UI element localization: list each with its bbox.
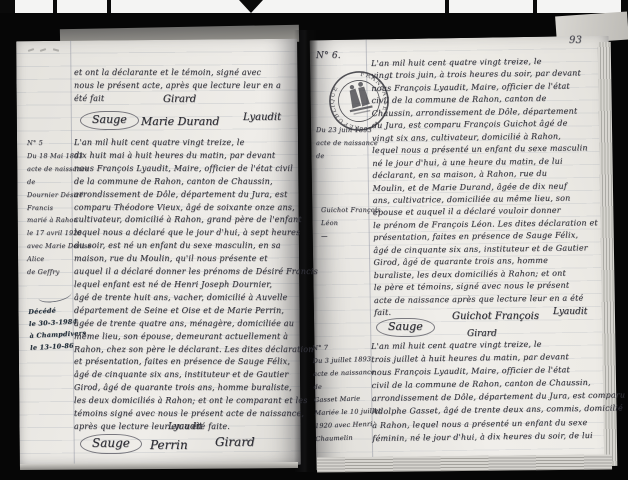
margin-note-act6-name: Guichot FrançoisLéon— (321, 204, 373, 243)
signature-lyaudit: Lyaudit (243, 112, 281, 123)
handwritten-line: Du 18 Mai 1893 (27, 150, 73, 163)
film-edge-tick (533, 0, 537, 13)
signature-perrin: Perrin (150, 438, 188, 452)
handwritten-line: Dournier Désiré (27, 189, 73, 202)
signature-guichot-francois: Guichot François (452, 311, 539, 322)
handwritten-line: avec Marie Denise (27, 240, 73, 253)
register-scan: et ont la déclarante et le témoin, signé… (0, 0, 628, 480)
handwritten-line: lequel nous a déclaré que le jour d'hui,… (74, 227, 300, 240)
page-stack-bottom (317, 454, 612, 472)
signature-sauge: Sauge (80, 111, 139, 130)
handwritten-line: nous le présent acte, après que lecture … (74, 80, 298, 93)
handwritten-line: de la commune de Rahon, canton de Chauss… (74, 176, 300, 189)
handwritten-line: acte de naissance (27, 163, 73, 176)
act5-body: L'an mil huit cent quatre vingt treize, … (74, 137, 300, 434)
handwritten-line: L'an mil huit cent quatre vingt treize, … (74, 137, 300, 150)
handwritten-line: de (27, 176, 73, 189)
handwritten-line: marié à Rahon (27, 214, 73, 227)
signature-girard: Girard (163, 94, 196, 105)
handwritten-line: Rahon, chez son père le déclarant. Les d… (74, 344, 300, 357)
handwritten-line: Alice (27, 253, 73, 266)
handwritten-line: le 13-10-86 (30, 339, 79, 353)
handwritten-line: même lieu, son épouse, demeurant actuell… (74, 331, 300, 344)
handwritten-line: — (321, 230, 373, 243)
handwritten-line: auquel il a déclaré donner les prénoms d… (74, 266, 300, 279)
handwritten-line: Girod, âgé de quarante trois ans, homme … (74, 382, 300, 395)
handwritten-line: et ont la déclarante et le témoin, signé… (74, 67, 298, 80)
handwritten-line: Chaumelin (315, 431, 371, 446)
handwritten-line: comparu Théodore Vieux, âgé de soixante … (74, 202, 300, 215)
signature-sauge: Sauge (376, 318, 435, 337)
signature-marie-durand: Marie Durand (141, 115, 219, 128)
handwritten-line: le 17 avril 1920 (27, 227, 73, 240)
handwritten-line: de (316, 150, 368, 163)
signature-girard: Girard (215, 435, 255, 449)
handwritten-line: Léon (321, 217, 373, 230)
handwritten-line: du soir, est né un enfant du sexe mascul… (74, 240, 300, 253)
handwritten-line: 1920 avec Henri (315, 418, 371, 433)
handwritten-line: et présentation, faites en présence de S… (74, 356, 300, 369)
handwritten-line: âgé de trente huit ans, vacher, domicili… (74, 292, 300, 305)
handwritten-line: les deux domiciliés à Rahon; et ont le c… (74, 395, 300, 408)
handwritten-line: département de Seine et Oise et de Marie… (74, 305, 300, 318)
handwritten-line: cultivateur, domicilié à Rahon, grand pè… (74, 214, 300, 227)
act6-number-label: N° 6. (316, 51, 341, 61)
film-edge-tick (107, 0, 111, 13)
handwritten-line: Francis (27, 202, 73, 215)
handwritten-line: nous François Lyaudit, Maire, officier d… (74, 163, 300, 176)
film-edge-strip (0, 0, 628, 13)
handwritten-line: de Geffry (27, 266, 73, 279)
handwritten-line: Du 23 juin 1893 (316, 124, 368, 137)
handwritten-line: âgé de cinquante six ans, instituteur et… (74, 369, 300, 382)
handwritten-line: acte de naissance (316, 137, 368, 150)
signature-lyaudit: Lyaudit (553, 307, 587, 317)
act7-body: L'an mil huit cent quatre vingt treize, … (371, 337, 612, 445)
handwritten-line: dix huit mai à huit heures du matin, par… (74, 150, 300, 163)
handwritten-line: âgée de trente quatre ans, ménagère, dom… (74, 318, 300, 331)
film-edge-triangle-marker (239, 0, 263, 13)
handwritten-line: arrondissement de Dôle, département du J… (74, 189, 300, 202)
film-edge-corner (0, 0, 15, 13)
act6-body: L'an mil huit cent quatre vingt treize, … (371, 55, 612, 319)
handwritten-line: lequel enfant est né de Henri Joseph Dou… (74, 279, 300, 292)
film-edge-tick (53, 0, 57, 13)
pencil-marks (28, 46, 62, 56)
signature-sauge: Sauge (80, 434, 142, 454)
handwritten-line: maison, rue du Moulin, qu'il nous présen… (74, 253, 300, 266)
margin-note-act5: N° 5Du 18 Mai 1893acte de naissancedeDou… (27, 137, 73, 279)
handwritten-line: témoins signé avec nous le présent acte … (74, 408, 300, 421)
handwritten-line: Guichot François (321, 204, 373, 217)
handwritten-line: N° 5 (27, 137, 73, 150)
margin-note-deceased: Décédéle 30-3-1984à Champdiversle 13-10-… (28, 303, 78, 353)
margin-note-act6-date: Du 23 juin 1893acte de naissancede (316, 124, 368, 163)
handwritten-line: acte de naissance (313, 366, 369, 381)
film-edge-tick (445, 0, 449, 13)
page-stack-bottom (20, 462, 298, 470)
stamp-allegorical-figures (344, 81, 373, 116)
signature-lyaudit-closing: Lyaudit (168, 422, 202, 432)
page-number: 93 (569, 35, 582, 46)
margin-note-act7: N° 7Du 3 juillet 1893acte de naissancede… (312, 340, 372, 446)
